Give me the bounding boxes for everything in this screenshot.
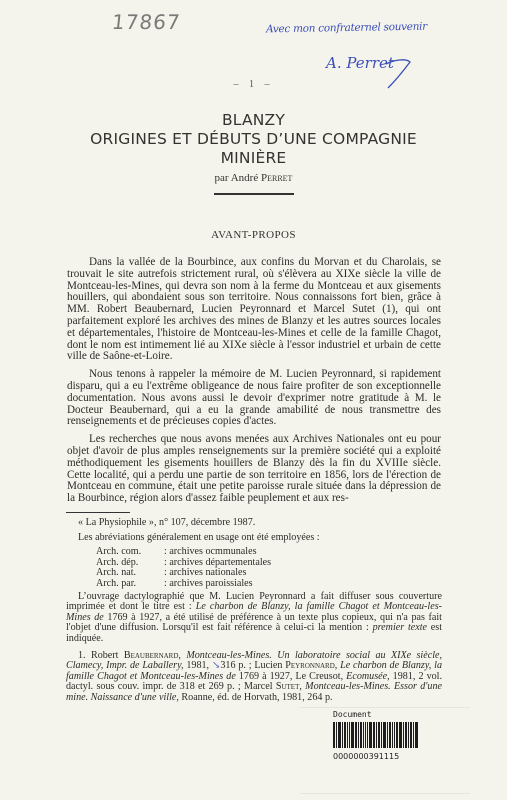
byline: par André Perret: [0, 172, 507, 184]
abbreviation-row: Arch. par.: archives paroissiales: [96, 579, 442, 590]
body-paragraph-3: Les recherches que nous avons menées aux…: [67, 434, 441, 505]
archive-number-annotation: 17867: [111, 10, 182, 34]
note-mention-italic: premier texte: [373, 622, 427, 633]
title-line-1: BLANZY: [0, 111, 507, 130]
section-heading: AVANT-PROPOS: [0, 229, 507, 241]
body-paragraph-2: Nous tenons à rappeler la mémoire de M. …: [67, 369, 441, 428]
abbreviation-row: Arch. nat.: archives nationales: [96, 568, 442, 579]
footnote-text: 1769 à 1927, Le Creusot,: [236, 671, 346, 682]
abbr-value: : archives paroissiales: [164, 579, 253, 590]
title-divider: [214, 193, 294, 195]
handwritten-dedication: Avec mon confraternel souvenir: [266, 21, 427, 36]
barcode-icon: [333, 722, 445, 748]
footnote-source: « La Physiophile », n° 107, décembre 198…: [66, 518, 442, 529]
abbreviation-row: Arch. dép.: archives départementales: [96, 558, 442, 569]
document-page: 17867 Avec mon confraternel souvenir A. …: [0, 0, 507, 800]
body-paragraph-1: Dans la vallée de la Bourbince, aux conf…: [67, 257, 441, 363]
title-line-3: MINIÈRE: [0, 149, 507, 168]
footnote-author: Sutet: [276, 681, 300, 692]
footnote-typescript-note: L’ouvrage dactylographié que M. Lucien P…: [66, 592, 442, 645]
abbreviation-list: Arch. com.: archives ocmmunales Arch. dé…: [96, 547, 442, 589]
footnote-number: 1. Robert: [78, 650, 124, 661]
barcode-sticker: [300, 707, 470, 794]
body-text: Dans la vallée de la Bourbince, aux conf…: [67, 257, 441, 511]
footnotes: « La Physiophile », n° 107, décembre 198…: [66, 518, 442, 710]
footnote-publisher-italic: Ecomusée: [346, 671, 387, 682]
abbr-key: Arch. par.: [96, 579, 164, 590]
title-line-2: ORIGINES ET DÉBUTS D’UNE COMPAGNIE: [0, 130, 507, 149]
footnote-1: 1. Robert Beaubernard, Montceau-les-Mine…: [66, 651, 442, 704]
footnote-author: Beaubernard: [124, 650, 179, 661]
footnote-text: Roanne, éd. de Horvath, 1981, 264 p.: [179, 692, 333, 703]
article-title-block: BLANZY ORIGINES ET DÉBUTS D’UNE COMPAGNI…: [0, 111, 507, 195]
footnote-text: 1981,: [184, 660, 212, 671]
barcode-label: Document: [333, 710, 372, 719]
page-number: – 1 –: [0, 79, 507, 90]
footnote-author: Peyronnard: [285, 660, 335, 671]
byline-prefix: par André: [215, 172, 261, 184]
byline-author: Perret: [261, 172, 292, 184]
footnote-text: 316 p. ; Lucien: [220, 660, 285, 671]
footnote-divider: [66, 512, 130, 513]
footnote-abbr-intro: Les abréviations généralement en usage o…: [66, 533, 442, 544]
barcode-number: 0000000391115: [333, 752, 399, 761]
